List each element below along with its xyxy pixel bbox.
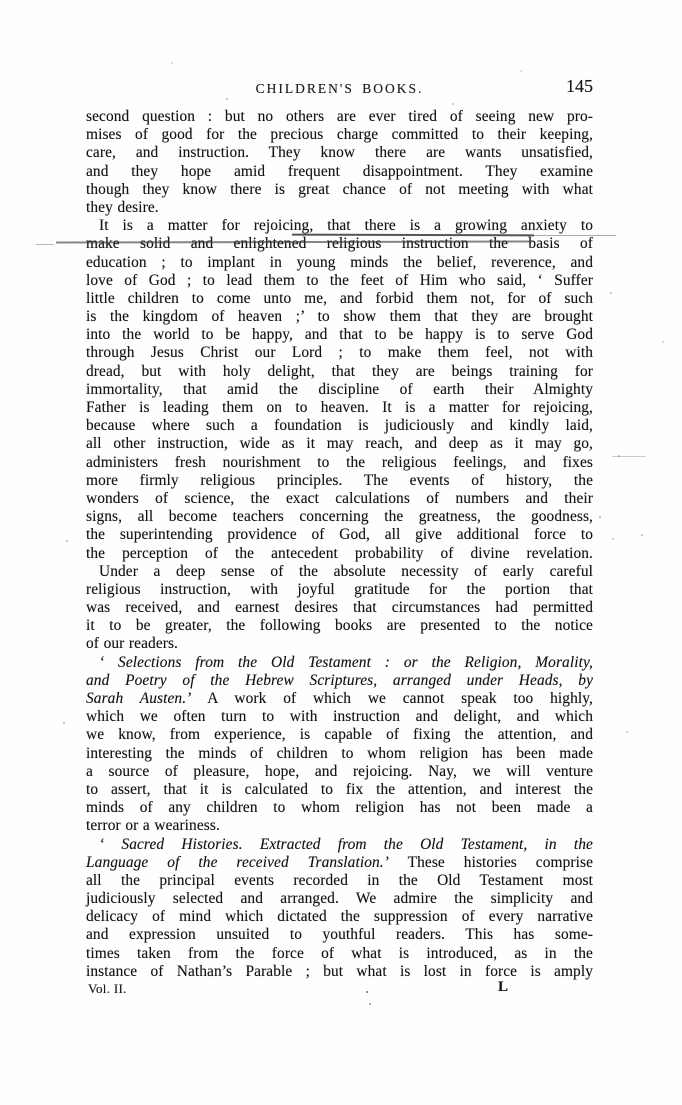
text-segment: into the world to be happy, and that to … — [86, 326, 593, 343]
page-footer: Vol. II. L — [86, 981, 593, 1001]
text-segment: all other instruction, wide as it may re… — [86, 435, 593, 452]
text-line: all other instruction, wide as it may re… — [86, 435, 593, 453]
text-line: and expression unsuited to youthful read… — [86, 926, 593, 944]
text-segment: because where such a foundation is judic… — [86, 417, 593, 434]
paragraph: ‘ Sacred Histories. Extracted from the O… — [86, 836, 593, 982]
text-line: mises of good for the precious charge co… — [86, 126, 593, 144]
text-line: make solid and enlightened religious ins… — [86, 235, 593, 253]
text-line: ‘ Sacred Histories. Extracted from the O… — [86, 836, 593, 854]
text-segment: delicacy of mind which dictated the supp… — [86, 908, 593, 925]
scan-underline-artifact — [36, 244, 54, 245]
text-segment: it to be greater, the following books ar… — [86, 617, 593, 634]
text-line: delicacy of mind which dictated the supp… — [86, 908, 593, 926]
text-segment: minds of any children to whom religion h… — [86, 799, 593, 816]
text-line: immortality, that amid the discipline of… — [86, 381, 593, 399]
italic-text-segment: and Poetry of the Hebrew Scriptures, arr… — [86, 672, 593, 689]
text-segment: and expression unsuited to youthful read… — [86, 926, 593, 943]
text-segment: which we often turn to with instruction … — [86, 708, 593, 725]
text-line: the perception of the antecedent probabi… — [86, 545, 593, 563]
text-segment: administers fresh nourishment to the rel… — [86, 454, 593, 471]
text-segment: more firmly religious principles. The ev… — [86, 472, 593, 489]
text-segment: is the kingdom of heaven ;’ to show them… — [86, 308, 593, 325]
text-line: through Jesus Christ our Lord ; to make … — [86, 344, 593, 362]
page-number: 145 — [566, 76, 593, 97]
text-line: love of God ; to lead them to the feet o… — [86, 272, 593, 290]
text-line: and Poetry of the Hebrew Scriptures, arr… — [86, 672, 593, 690]
text-segment: dread, but with holy delight, that they … — [86, 363, 593, 380]
text-segment: education ; to implant in young minds th… — [86, 254, 593, 271]
text-segment: they desire. — [86, 199, 159, 216]
paragraph: second question : but no others are ever… — [86, 108, 593, 217]
text-segment: we know, from experience, is capable of … — [86, 726, 593, 743]
text-line: we know, from experience, is capable of … — [86, 726, 593, 744]
text-line: It is a matter for rejoicing, that there… — [86, 217, 593, 235]
text-line: ‘ Selections from the Old Testament : or… — [86, 654, 593, 672]
text-segment: It is a matter for rejoicing, that there… — [99, 217, 593, 234]
text-segment: of our readers. — [86, 635, 178, 652]
text-line: the superintending providence of God, al… — [86, 526, 593, 544]
text-line: more firmly religious principles. The ev… — [86, 472, 593, 490]
italic-text-segment: ‘ Sacred Histories. Extracted from the O… — [99, 836, 593, 853]
text-line: Father is leading them on to heaven. It … — [86, 399, 593, 417]
text-segment: signs, all become teachers concerning th… — [86, 508, 593, 525]
italic-text-segment: Language of the received Translation.’ — [86, 854, 389, 871]
printer-signature-mark: L — [498, 979, 508, 996]
text-segment: the perception of the antecedent probabi… — [86, 545, 593, 562]
paragraph: Under a deep sense of the absolute neces… — [86, 563, 593, 654]
paragraph: It is a matter for rejoicing, that there… — [86, 217, 593, 563]
text-segment: terror or a weariness. — [86, 817, 220, 834]
text-segment: interesting the minds of children to who… — [86, 745, 593, 762]
text-segment: times taken from the force of what is in… — [86, 945, 593, 962]
text-segment: care, and instruction. They know there a… — [86, 144, 593, 161]
text-line: Under a deep sense of the absolute neces… — [86, 563, 593, 581]
text-segment: a source of pleasure, hope, and rejoicin… — [86, 763, 593, 780]
scan-underline-artifact — [534, 235, 616, 236]
text-line: interesting the minds of children to who… — [86, 745, 593, 763]
text-line: care, and instruction. They know there a… — [86, 144, 593, 162]
text-segment: love of God ; to lead them to the feet o… — [86, 272, 593, 289]
text-line: Sarah Austen.’ A work of which we cannot… — [86, 690, 593, 708]
text-line: because where such a foundation is judic… — [86, 417, 593, 435]
text-segment: Under a deep sense of the absolute neces… — [99, 563, 593, 580]
text-line: it to be greater, the following books ar… — [86, 617, 593, 635]
page-body: second question : but no others are ever… — [86, 108, 593, 981]
text-segment: though they know there is great chance o… — [86, 181, 593, 198]
text-line: Language of the received Translation.’ T… — [86, 854, 593, 872]
book-page: CHILDREN'S BOOKS. 145 second question : … — [0, 0, 682, 1105]
text-line: all the principal events recorded in the… — [86, 872, 593, 890]
text-segment: to assert, that it is calculated to fix … — [86, 781, 593, 798]
text-line: is the kingdom of heaven ;’ to show them… — [86, 308, 593, 326]
text-line: terror or a weariness. — [86, 817, 593, 835]
text-segment: religious instruction, with joyful grati… — [86, 581, 593, 598]
text-line: second question : but no others are ever… — [86, 108, 593, 126]
page-header: CHILDREN'S BOOKS. 145 — [86, 78, 593, 102]
text-line: times taken from the force of what is in… — [86, 945, 593, 963]
text-line: into the world to be happy, and that to … — [86, 326, 593, 344]
text-line: a source of pleasure, hope, and rejoicin… — [86, 763, 593, 781]
text-segment: little children to come unto me, and for… — [86, 290, 593, 307]
text-line: administers fresh nourishment to the rel… — [86, 454, 593, 472]
italic-text-segment: Sarah Austen.’ — [86, 690, 191, 707]
text-line: little children to come unto me, and for… — [86, 290, 593, 308]
text-line: to assert, that it is calculated to fix … — [86, 781, 593, 799]
text-segment: was received, and earnest desires that c… — [86, 599, 593, 616]
text-line: instance of Nathan’s Parable ; but what … — [86, 963, 593, 981]
text-line: minds of any children to whom religion h… — [86, 799, 593, 817]
text-line: though they know there is great chance o… — [86, 181, 593, 199]
text-segment: through Jesus Christ our Lord ; to make … — [86, 344, 593, 361]
text-segment: wonders of science, the exact calculatio… — [86, 490, 593, 507]
text-segment: Father is leading them on to heaven. It … — [86, 399, 593, 416]
text-segment: These histories comprise — [389, 854, 593, 871]
running-title: CHILDREN'S BOOKS. — [86, 81, 593, 97]
scan-noise-specks — [0, 0, 2, 2]
scan-dash-artifact — [612, 456, 646, 457]
italic-text-segment: ‘ Selections from the Old Testament : or… — [99, 654, 593, 671]
text-block: CHILDREN'S BOOKS. 145 second question : … — [86, 78, 593, 110]
text-segment: the superintending providence of God, al… — [86, 526, 593, 543]
text-line: and they hope amid frequent disappointme… — [86, 163, 593, 181]
text-line: wonders of science, the exact calculatio… — [86, 490, 593, 508]
text-line: dread, but with holy delight, that they … — [86, 363, 593, 381]
text-segment: and they hope amid frequent disappointme… — [86, 163, 593, 180]
text-segment: make solid and enlightened religious ins… — [86, 235, 593, 252]
text-segment: all the principal events recorded in the… — [86, 872, 593, 889]
text-segment: A work of which we cannot speak too high… — [191, 690, 593, 707]
paragraph: ‘ Selections from the Old Testament : or… — [86, 654, 593, 836]
text-segment: instance of Nathan’s Parable ; but what … — [86, 963, 593, 980]
text-segment: immortality, that amid the discipline of… — [86, 381, 593, 398]
volume-label: Vol. II. — [88, 981, 127, 997]
text-line: judiciously selected and arranged. We ad… — [86, 890, 593, 908]
text-line: religious instruction, with joyful grati… — [86, 581, 593, 599]
text-line: education ; to implant in young minds th… — [86, 254, 593, 272]
text-segment: mises of good for the precious charge co… — [86, 126, 593, 143]
text-segment: judiciously selected and arranged. We ad… — [86, 890, 593, 907]
text-segment: second question : but no others are ever… — [86, 108, 593, 125]
text-line: signs, all become teachers concerning th… — [86, 508, 593, 526]
text-line: they desire. — [86, 199, 593, 217]
text-line: was received, and earnest desires that c… — [86, 599, 593, 617]
text-line: which we often turn to with instruction … — [86, 708, 593, 726]
text-line: of our readers. — [86, 635, 593, 653]
